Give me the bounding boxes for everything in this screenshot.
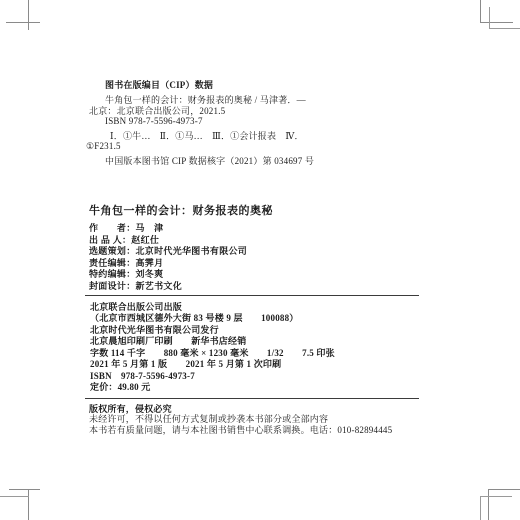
imprint-publisher: 北京联合出版公司出版 [86,302,422,313]
divider-rule-bottom [85,398,419,399]
copyright-quality-contact: 本书若有质量问题，请与本社图书销售中心联系调换。电话：010-82894445 [86,425,422,435]
cip-isbn: ISBN 978-7-5596-4973-7 [86,116,422,126]
credit-planning: 选题策划：北京时代光华图书有限公司 [86,246,422,258]
imprint-block: 北京联合出版公司出版 （北京市西城区德外大街 83 号楼 9 层 100088）… [86,302,422,394]
credit-producer: 出 品 人：赵红仕 [86,235,422,247]
credit-author: 作 者：马 津 [86,223,422,235]
cip-entry-line-2: 北京：北京联合出版公司，2021.5 [86,106,422,116]
imprint-isbn: ISBN 978-7-5596-4973-7 [86,371,422,382]
credit-contract-editor: 特约编辑：刘冬爽 [86,269,422,281]
imprint-edition: 2021 年 5 月第 1 版 2021 年 5 月第 1 次印刷 [86,359,422,370]
cip-data-block: 图书在版编目（CIP）数据 牛角包一样的会计：财务报表的奥秘 / 马津著．— 北… [86,80,422,166]
copyright-page: 图书在版编目（CIP）数据 牛角包一样的会计：财务报表的奥秘 / 马津著．— 北… [0,0,520,520]
cip-heading: 图书在版编目（CIP）数据 [86,80,422,90]
colophon-block: 牛角包一样的会计：财务报表的奥秘 作 者：马 津 出 品 人：赵红仕 选题策划：… [86,204,422,293]
imprint-price: 定价：49.80 元 [86,382,422,393]
credit-cover-design: 封面设计：新艺书文化 [86,281,422,293]
copyright-notice: 版权所有，侵权必究 [86,404,422,414]
divider-rule-top [85,295,419,296]
book-title: 牛角包一样的会计：财务报表的奥秘 [86,204,422,218]
cip-classification-line-1: Ⅰ．①牛… Ⅱ．①马… Ⅲ．①会计报表 Ⅳ． [86,131,422,141]
copyright-restriction: 未经许可，不得以任何方式复制或抄袭本书部分或全部内容 [86,414,422,424]
cip-entry-line-1: 牛角包一样的会计：财务报表的奥秘 / 马津著．— [86,95,422,105]
imprint-format: 字数 114 千字 880 毫米 × 1230 毫米 1/32 7.5 印张 [86,348,422,359]
credit-editor: 责任编辑：高霁月 [86,258,422,270]
imprint-distributor: 北京时代光华图书有限公司发行 [86,325,422,336]
cip-registry-number: 中国版本图书馆 CIP 数据核字（2021）第 034697 号 [86,156,422,166]
imprint-address: （北京市西城区德外大街 83 号楼 9 层 100088） [86,313,422,324]
copyright-notice-block: 版权所有，侵权必究 未经许可，不得以任何方式复制或抄袭本书部分或全部内容 本书若… [86,404,422,435]
cip-classification-line-2: ①F231.5 [86,141,422,151]
imprint-printer: 北京晨旭印刷厂印刷 新华书店经销 [86,336,422,347]
